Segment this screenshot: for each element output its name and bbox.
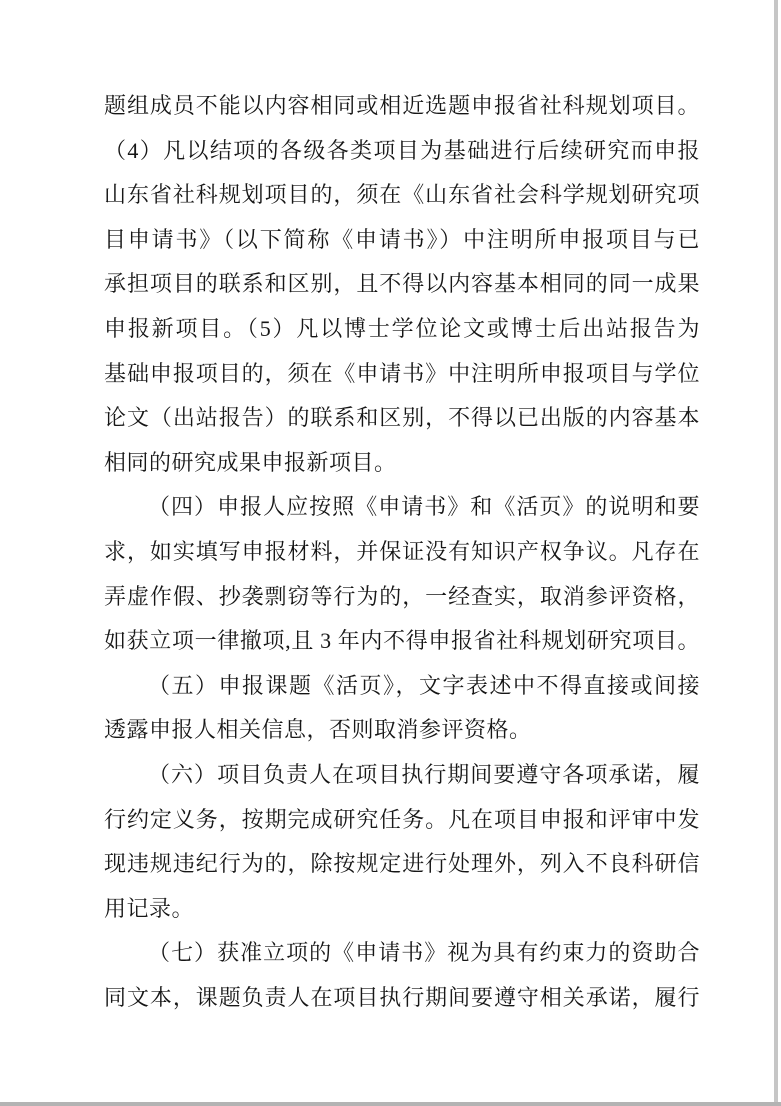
text-line: （六）项目负责人在项目执行期间要遵守各项承诺，履 xyxy=(104,753,700,798)
text-line: 同文本，课题负责人在项目执行期间要遵守相关承诺，履行 xyxy=(104,976,700,1021)
page-edge-right xyxy=(774,0,778,1106)
text-line: 山东省社科规划项目的，须在《山东省社会科学规划研究项 xyxy=(104,173,700,218)
text-line: 求，如实填写申报材料，并保证没有知识产权争议。凡存在 xyxy=(104,530,700,575)
text-line: 现违规违纪行为的，除按规定进行处理外，列入不良科研信 xyxy=(104,842,700,887)
text-line: 相同的研究成果申报新项目。 xyxy=(104,441,700,486)
text-line: 论文（出站报告）的联系和区别，不得以已出版的内容基本 xyxy=(104,396,700,441)
text-line: 基础申报项目的，须在《申请书》中注明所申报项目与学位 xyxy=(104,352,700,397)
text-line: 透露申报人相关信息，否则取消参评资格。 xyxy=(104,708,700,753)
text-line: 如获立项一律撤项,且 3 年内不得申报省社科规划研究项目。 xyxy=(104,619,700,664)
text-line: （4）凡以结项的各级各类项目为基础进行后续研究而申报 xyxy=(104,129,700,174)
text-line: 行约定义务，按期完成研究任务。凡在项目申报和评审中发 xyxy=(104,798,700,843)
page-text-block: 题组成员不能以内容相同或相近选题申报省社科规划项目。（4）凡以结项的各级各类项目… xyxy=(104,84,700,1020)
text-line: （五）申报课题《活页》，文字表述中不得直接或间接 xyxy=(104,664,700,709)
page-edge-bottom xyxy=(0,1102,781,1106)
text-line: 弄虚作假、抄袭剽窃等行为的，一经查实，取消参评资格， xyxy=(104,575,700,620)
text-line: 目申请书》（以下简称《申请书》）中注明所申报项目与已 xyxy=(104,218,700,263)
text-line: 题组成员不能以内容相同或相近选题申报省社科规划项目。 xyxy=(104,84,700,129)
text-line: 申报新项目。（5）凡以博士学位论文或博士后出站报告为 xyxy=(104,307,700,352)
document-page: 题组成员不能以内容相同或相近选题申报省社科规划项目。（4）凡以结项的各级各类项目… xyxy=(0,0,781,1106)
text-line: 承担项目的联系和区别，且不得以内容基本相同的同一成果 xyxy=(104,262,700,307)
text-line: （四）申报人应按照《申请书》和《活页》的说明和要 xyxy=(104,485,700,530)
text-line: 用记录。 xyxy=(104,887,700,932)
text-line: （七）获准立项的《申请书》视为具有约束力的资助合 xyxy=(104,931,700,976)
